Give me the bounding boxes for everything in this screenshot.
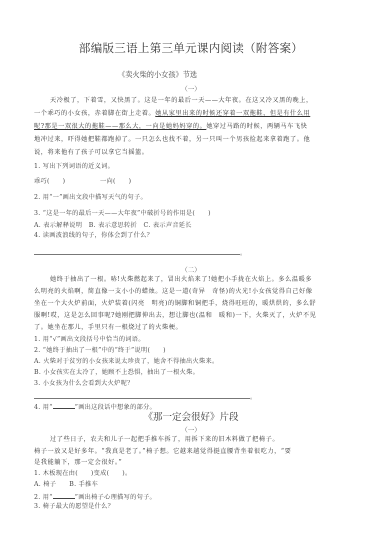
passage1-line-2a: 一个乖巧的小女孩，赤着脚在街上走着。 xyxy=(34,110,155,117)
passage2-line-5: 了。她坐在那儿，手里只有一根烧过了的火柴梗。 xyxy=(34,324,350,332)
section2-part1-label: （一） xyxy=(0,425,382,434)
passage1-line-5: 说，将来他有了孩子可以拿它当摇篮。 xyxy=(34,149,350,157)
s1p1-question-2: 2. 用“一”画出文段中描写天气的句子。 xyxy=(34,194,147,202)
passage2-line-4: 服啊!哎，这是怎么回事呢?她刚把脚伸出去，想让脚也(温和 暖和)一下，火柴灭了，… xyxy=(34,312,350,320)
passage3-line-1: 过了些日子，农夫和儿子一起把手推车拆了，用拆下来的旧木料做了把椅子。 xyxy=(34,436,366,444)
s1p1-question-4: 4. 读画波浪线的句子，你体会到了什么？ xyxy=(34,232,153,240)
s2p1-question-3: 3. 椅子最大的愿望是什么？ xyxy=(34,503,114,511)
s1p2-question-1: 1. 用“√”画出文段括号中恰当的词语。 xyxy=(34,336,145,344)
document-title: 部编版三语上第三单元课内阅读（附答案） xyxy=(0,40,382,56)
passage1-line-3: 呢?那是一双很大的拖鞋——那么大，一向是她妈妈穿的。她穿过马路的时候，两辆马车飞… xyxy=(34,123,350,131)
passage1-wavy-sentence-a: 她从家里出来的时候还穿着一双拖鞋，但是有什么用 xyxy=(155,110,310,117)
part1-label: （一） xyxy=(0,84,382,93)
passage1-line-4: 地冲过来，吓得她把鞋都跑掉了。一只怎么也找不着，另一只叫一个男孩捡起来拿着跑了。… xyxy=(34,136,350,144)
section2-heading: 《那一定会很好》片段 xyxy=(0,409,382,423)
s1p2-q3-end: 。 xyxy=(250,392,256,401)
underline-blank xyxy=(53,402,75,409)
s1p2-question-3: 3. 小女孩为什么会看到大火炉呢？ xyxy=(34,380,134,388)
s1p2-q2-option-a: A. 火柴对于贫穷的小女孩来说太珍贵了，她舍不得抽出火柴来。 xyxy=(34,358,218,366)
document-page: 部编版三语上第三单元课内阅读（附答案） 《卖火柴的小女孩》节选 （一） 天冷极了… xyxy=(0,0,382,540)
passage2-line-2: 么明亮的火焰啊，简直像一支小小的蜡烛。这是一道(奇异 奇怪)的火光!小女孩觉得自… xyxy=(34,288,350,296)
passage2-line-1: 她终于抽出了一根。哧!火柴燃起来了，冒出火焰来了!她把小手拢在火焰上。多么温暖多 xyxy=(34,276,366,284)
s2p1-question-2: 2. 用“”画出椅子心理描写的句子。 xyxy=(34,492,156,502)
s1p2-q3-answer-line[interactable] xyxy=(34,398,250,399)
underline-blank xyxy=(53,492,75,499)
part2-label: （二） xyxy=(0,265,382,274)
s1p1-question-1: 1. 写出下列词语的近义词。 xyxy=(34,163,114,171)
s2p1-question-1: 1. 木板现在由( )变成( )。 xyxy=(34,470,131,478)
s1p1-q1-item-2: 一向( ) xyxy=(100,178,131,186)
passage1-line-2: 一个乖巧的小女孩，赤着脚在街上走着。她从家里出来的时候还穿着一双拖鞋，但是有什么… xyxy=(34,110,350,118)
s1p1-q4-answer-line[interactable] xyxy=(34,254,240,255)
section1-heading: 《卖火柴的小女孩》节选 xyxy=(118,70,197,80)
passage3-line-3: 是我能躺下，那一定会很好。” xyxy=(34,459,350,467)
s1p1-q4-end: 。 xyxy=(240,248,246,257)
s2p1-q1-options: A. 椅子 B. 手推车 xyxy=(34,481,98,489)
s2p1-q2-prefix: 2. 用“ xyxy=(34,494,53,501)
passage1-line-1: 天冷极了，下着雪，又快黑了。这是一年的最后一天——大年夜。在这又冷又黑的晚上， xyxy=(34,97,366,105)
s1p1-q1-item-1: 乖巧( ) xyxy=(34,178,65,186)
s2p1-q2-suffix: ”画出椅子心理描写的句子。 xyxy=(75,494,156,501)
s1p2-q2-option-b: B. 小女孩实在太冷了，她顾不上恐惧，抽出了一根火柴。 xyxy=(34,369,199,377)
s1p2-question-2: 2. “她终于抽出了一根”中的“终于”说明( ) xyxy=(34,347,166,355)
passage1-wavy-sentence-b: 呢?那是一双很大的拖鞋——那么大，一向是她妈妈穿的。 xyxy=(34,123,206,130)
passage3-line-2: 椅子一放又是好多年。“我真是老了。”椅子想。它越来越觉得挺直腰背坐着很吃力，“要 xyxy=(34,448,350,456)
passage2-line-3: 坐在一个大火炉前面，火炉装着(闪亮 明亮)的铜脚和铜把手，烧得旺旺的，暖烘烘的，… xyxy=(34,300,350,308)
s1p1-question-3: 3. “这是一年的最后一天——大年夜”中破折号的作用是( ) xyxy=(34,210,211,218)
s1p1-q3-options: A. 表示解释说明 B. 表示意思转折 C. 表示声音延长 xyxy=(34,222,192,230)
passage1-line-3b: 她穿过马路的时候，两辆马车飞快 xyxy=(206,123,307,130)
